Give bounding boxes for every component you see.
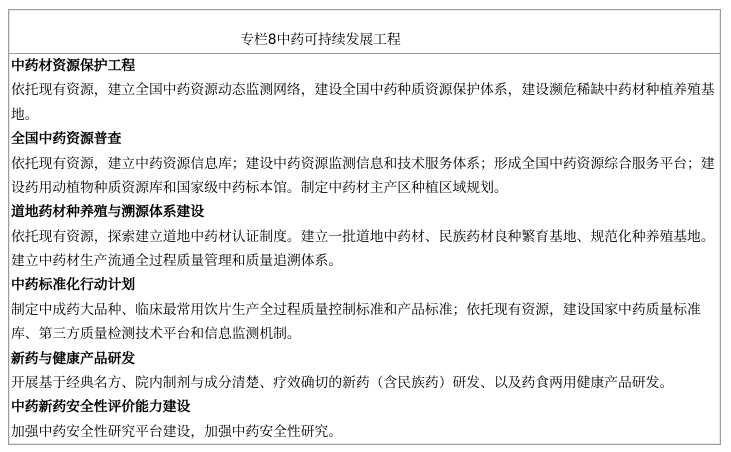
section-heading: 新药与健康产品研发 <box>11 347 718 371</box>
section-body: 依托现有资源，建立中药资源信息库；建设中药资源监测信息和技术服务体系；形成全国中… <box>11 152 718 201</box>
section: 新药与健康产品研发 开展基于经典名方、院内制剂与成分清楚、疗效确切的新药（含民族… <box>11 347 718 396</box>
panel-title-row: 专栏8中药可持续发展工程 <box>9 10 720 54</box>
section-heading: 中药新药安全性评价能力建设 <box>11 395 718 419</box>
section-body: 依托现有资源，探索建立道地中药材认证制度。建立一批道地中药材、民族药材良种繁育基… <box>11 225 718 274</box>
document-page: 专栏8中药可持续发展工程 中药材资源保护工程 依托现有资源，建立全国中药资源动态… <box>0 0 731 452</box>
section-body: 依托现有资源，建立全国中药资源动态监测网络，建设全国中药种质资源保护体系，建设濒… <box>11 78 718 127</box>
section: 全国中药资源普查 依托现有资源，建立中药资源信息库；建设中药资源监测信息和技术服… <box>11 127 718 200</box>
section: 中药标准化行动计划 制定中成药大品种、临床最常用饮片生产全过程质量控制标准和产品… <box>11 273 718 346</box>
section: 道地药材种养殖与溯源体系建设 依托现有资源，探索建立道地中药材认证制度。建立一批… <box>11 200 718 273</box>
panel-title: 专栏8中药可持续发展工程 <box>240 33 401 48</box>
section-body: 开展基于经典名方、院内制剂与成分清楚、疗效确切的新药（含民族药）研发、以及药食两… <box>11 371 718 395</box>
column-panel: 专栏8中药可持续发展工程 中药材资源保护工程 依托现有资源，建立全国中药资源动态… <box>8 9 721 445</box>
panel-body: 中药材资源保护工程 依托现有资源，建立全国中药资源动态监测网络，建设全国中药种质… <box>9 54 720 444</box>
section-body: 加强中药安全性研究平台建设，加强中药安全性研究。 <box>11 420 718 444</box>
section-heading: 道地药材种养殖与溯源体系建设 <box>11 200 718 224</box>
section-heading: 中药标准化行动计划 <box>11 273 718 297</box>
section-heading: 全国中药资源普查 <box>11 127 718 151</box>
section-body: 制定中成药大品种、临床最常用饮片生产全过程质量控制标准和产品标准；依托现有资源，… <box>11 298 718 347</box>
section: 中药材资源保护工程 依托现有资源，建立全国中药资源动态监测网络，建设全国中药种质… <box>11 54 718 127</box>
section: 中药新药安全性评价能力建设 加强中药安全性研究平台建设，加强中药安全性研究。 <box>11 395 718 444</box>
section-heading: 中药材资源保护工程 <box>11 54 718 78</box>
